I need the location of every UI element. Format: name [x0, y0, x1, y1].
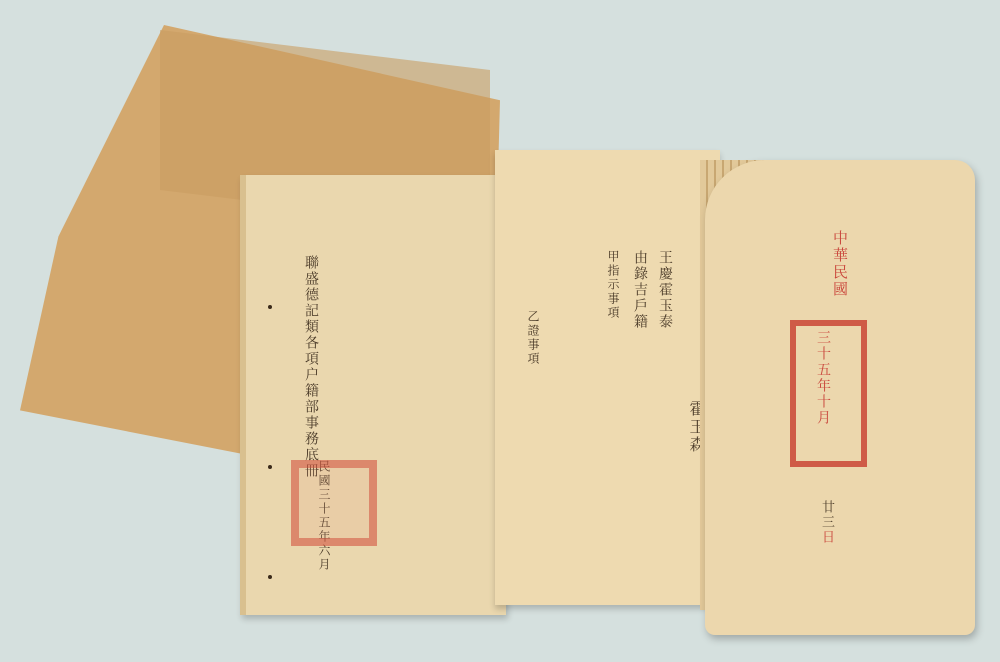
middle-page: 王慶霍玉泰 由錄吉戶籍 甲指示事項 乙證事項 霍玉森 [495, 150, 720, 605]
right-header: 中華民國 [830, 230, 851, 298]
left-title: 聯盛德記類各項户籍部事務底冊 [301, 255, 321, 479]
middle-col-3: 甲指示事項 [605, 250, 622, 320]
left-page: 聯盛德記類各項户籍部事務底冊 民國三十五年六月 [240, 175, 506, 615]
right-page: 中華民國 三十五年十月 廿三 日 [705, 160, 975, 635]
binding-hole [268, 575, 272, 579]
binding-hole [268, 465, 272, 469]
right-date: 三十五年十月 [813, 330, 833, 426]
middle-col-2: 由錄吉戶籍 [630, 250, 650, 330]
middle-col-1: 王慶霍玉泰 [655, 250, 675, 330]
right-day: 廿三 [817, 500, 836, 530]
right-day-suffix: 日 [817, 530, 836, 545]
middle-col-4: 乙證事項 [525, 310, 542, 366]
seal-stamp-left [291, 460, 377, 546]
binding-hole [268, 305, 272, 309]
